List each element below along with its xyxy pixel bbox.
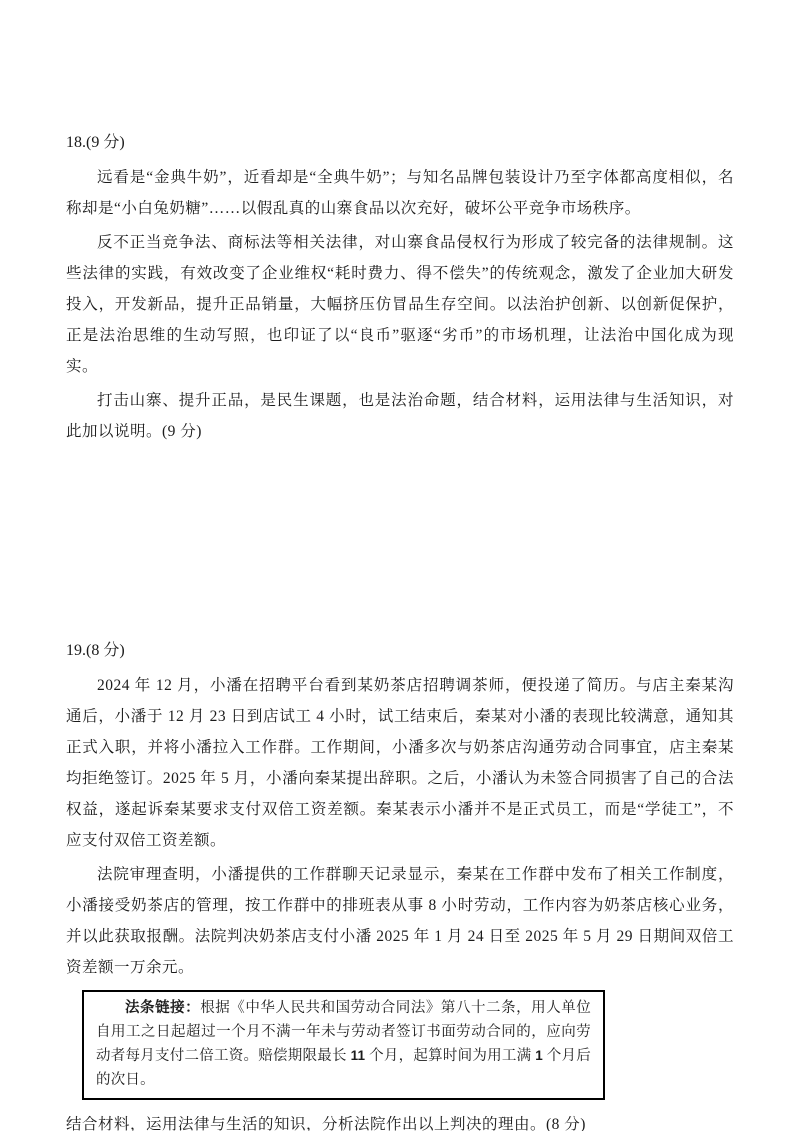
question-19-section: 19.(8 分) 2024 年 12 月，小潘在招聘平台看到某奶茶店招聘调茶师，… — [66, 640, 734, 1131]
answer-space-question-18 — [66, 450, 734, 640]
question-18-paragraph-2: 反不正当竞争法、商标法等相关法律，对山寨食品侵权行为形成了较完备的法律规制。这些… — [66, 227, 734, 382]
question-18-paragraph-1: 远看是“金典牛奶”，近看却是“全典牛奶”；与知名品牌包装设计乃至字体都高度相似，… — [66, 162, 734, 224]
law-reference-label: 法条链接： — [125, 1000, 200, 1016]
question-19-paragraph-1: 2024 年 12 月，小潘在招聘平台看到某奶茶店招聘调茶师，便投递了简历。与店… — [66, 670, 734, 856]
question-19-task: 结合材料，运用法律与生活的知识，分析法院作出以上判决的理由。(8 分) — [66, 1114, 734, 1131]
law-reference-months-max: 11 — [351, 1048, 366, 1063]
law-reference-box: 法条链接：根据《中华人民共和国劳动合同法》第八十二条，用人单位自用工之日起超过一… — [82, 990, 605, 1100]
law-reference-month-start: 1 — [535, 1048, 543, 1063]
question-18-task: 打击山寨、提升正品，是民生课题，也是法治命题，结合材料，运用法律与生活知识，对此… — [66, 385, 734, 447]
law-reference-text: 法条链接：根据《中华人民共和国劳动合同法》第八十二条，用人单位自用工之日起超过一… — [96, 996, 591, 1092]
question-18-number: 18.(9 分) — [66, 132, 734, 154]
question-19-number: 19.(8 分) — [66, 640, 734, 662]
law-reference-text-mid: 个月，起算时间为用工满 — [365, 1048, 535, 1064]
question-19-paragraph-2: 法院审理查明，小潘提供的工作群聊天记录显示，秦某在工作群中发布了相关工作制度，小… — [66, 859, 734, 983]
exam-paper-page: 18.(9 分) 远看是“金典牛奶”，近看却是“全典牛奶”；与知名品牌包装设计乃… — [0, 0, 800, 1131]
question-18-section: 18.(9 分) 远看是“金典牛奶”，近看却是“全典牛奶”；与知名品牌包装设计乃… — [66, 132, 734, 447]
